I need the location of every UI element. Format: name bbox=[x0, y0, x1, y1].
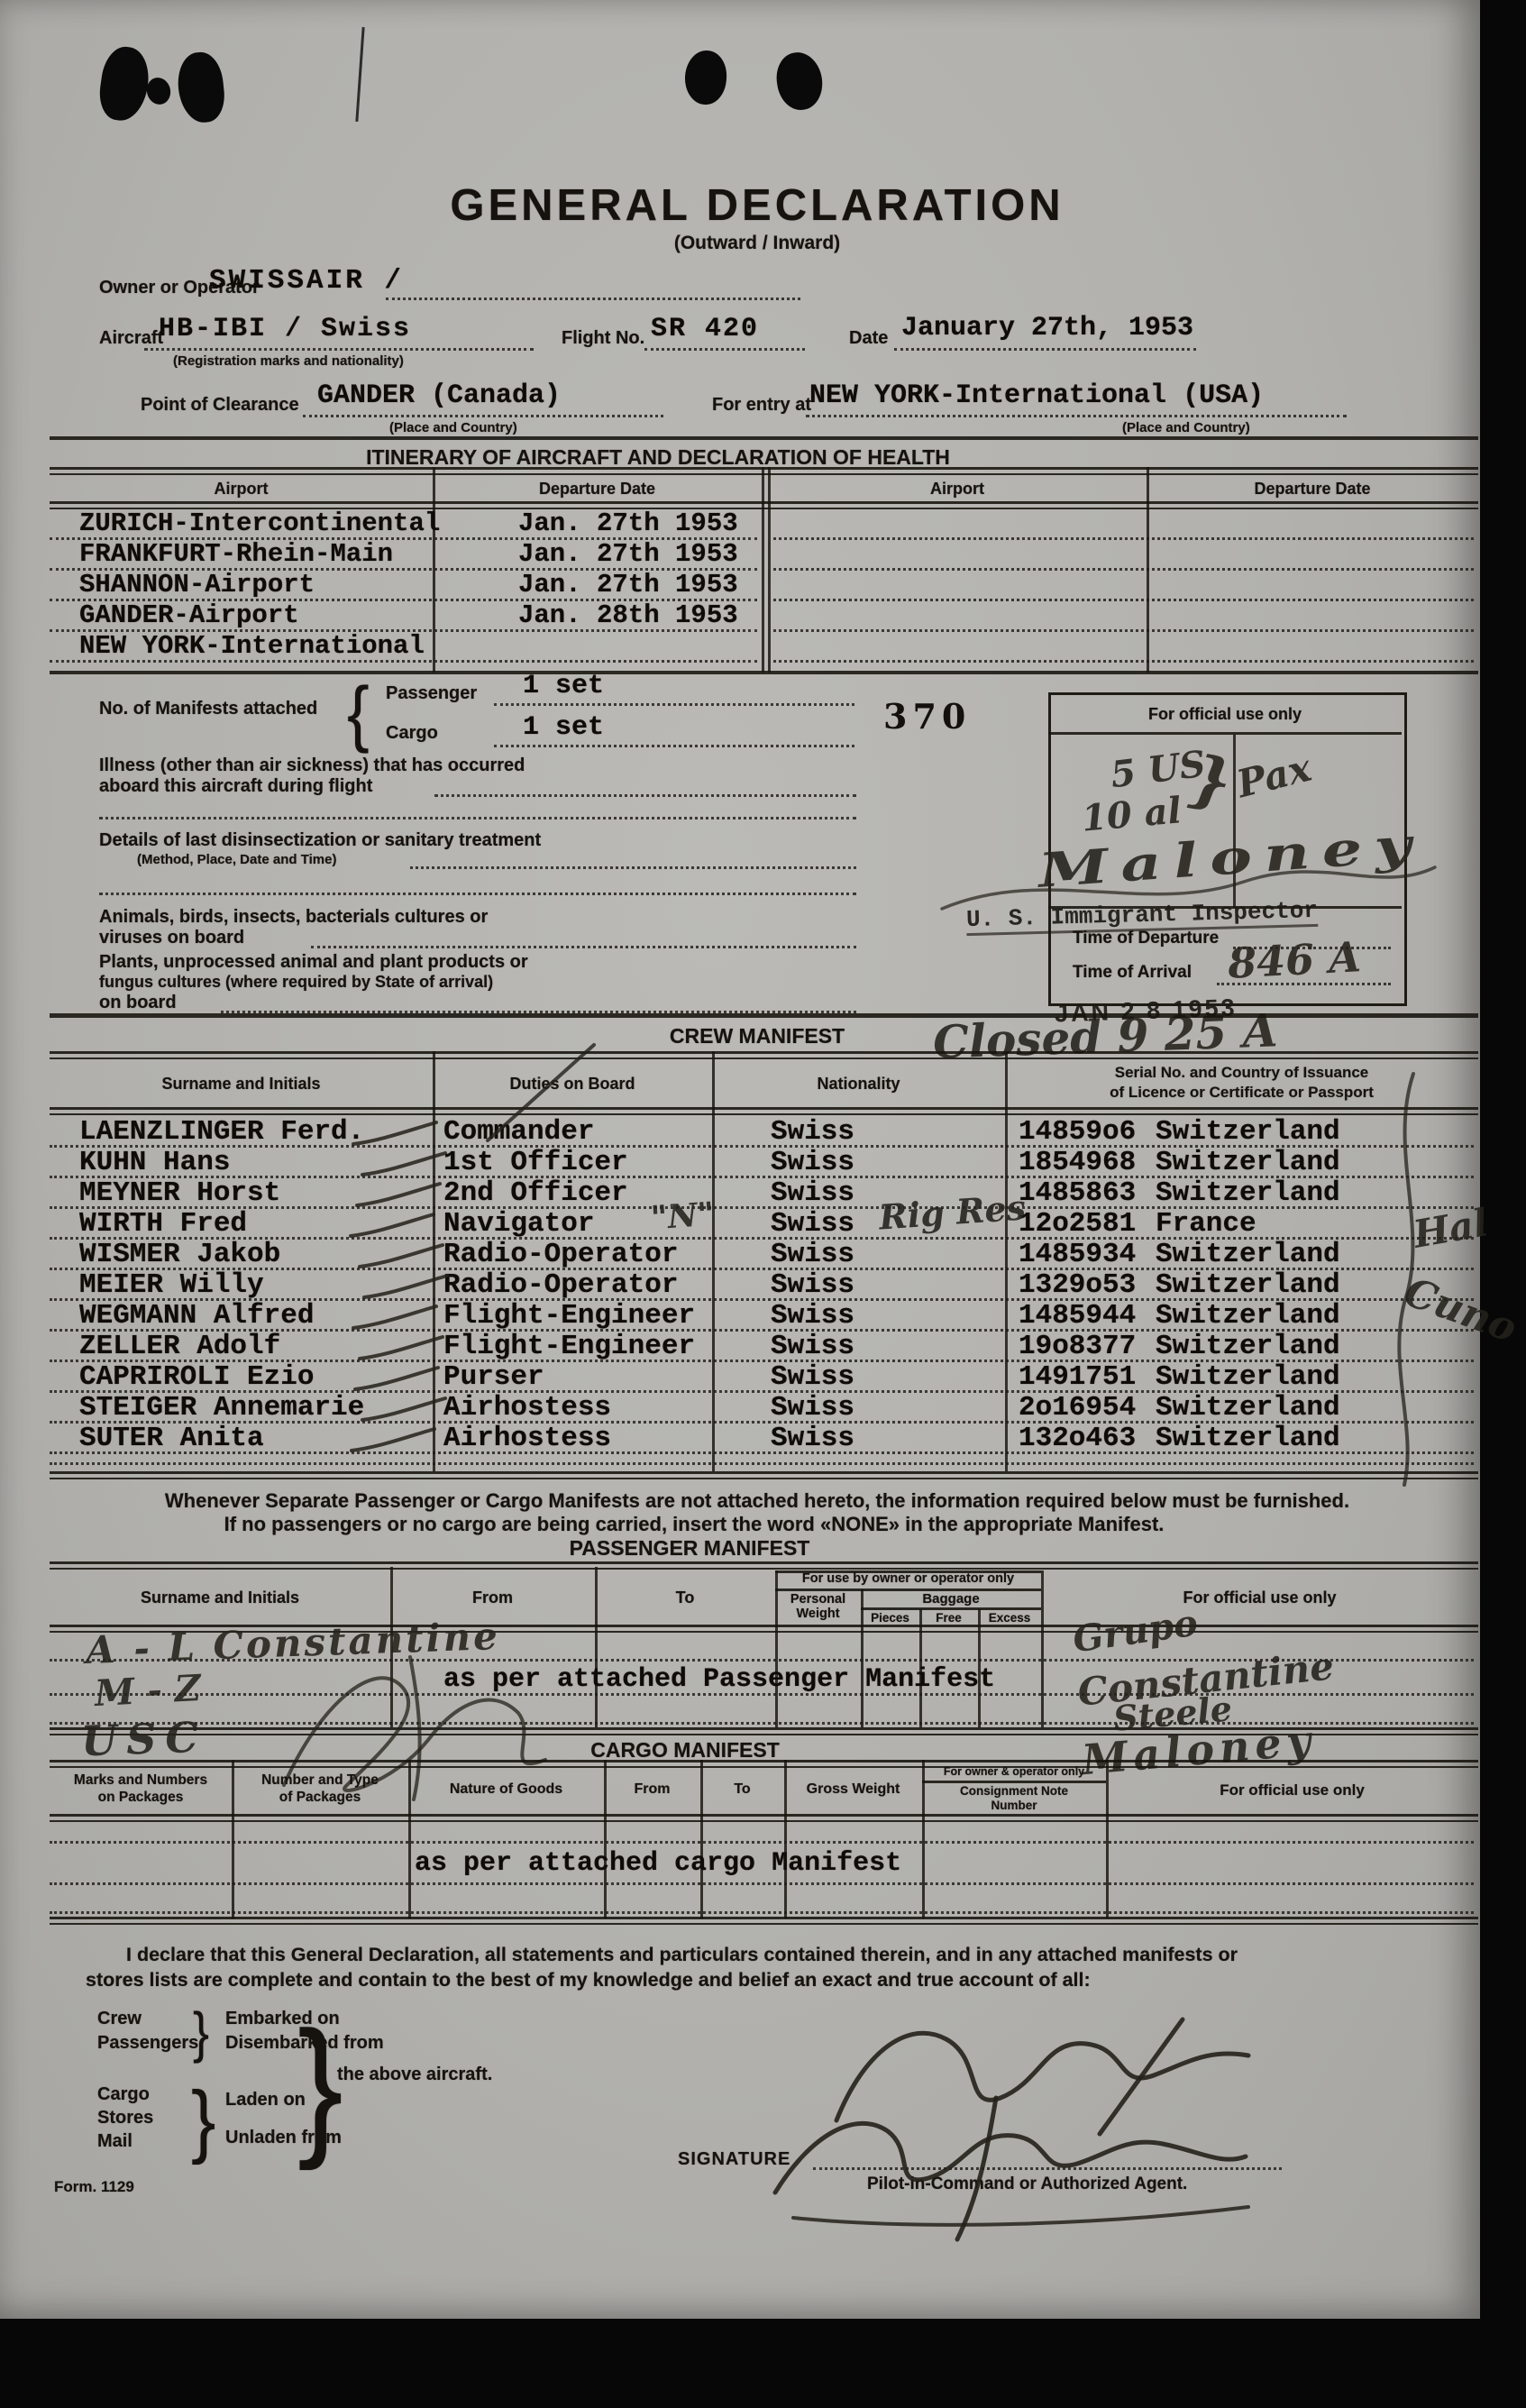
stamp-number: 370 bbox=[883, 696, 971, 737]
crew-row: LAENZLINGER Ferd. Commander Swiss 14859o… bbox=[0, 1118, 1480, 1149]
crew-country: Switzerland bbox=[1156, 1179, 1340, 1207]
column-divider bbox=[232, 1760, 234, 1918]
manifests-attached-label: No. of Manifests attached bbox=[99, 699, 317, 719]
itinerary-date: Jan. 27th 1953 bbox=[518, 541, 738, 567]
column-divider bbox=[700, 1760, 703, 1918]
crew-country: France bbox=[1156, 1210, 1256, 1238]
pax-weight-header-line2: Weight bbox=[775, 1607, 861, 1621]
rule-double bbox=[50, 1917, 1478, 1925]
cargo-nature-header: Nature of Goods bbox=[408, 1781, 604, 1798]
handwritten-navigator-n: "N" bbox=[650, 1195, 716, 1238]
animals-label-line2: viruses on board bbox=[99, 928, 244, 948]
handwritten-slash bbox=[482, 1041, 599, 1145]
dotted-line bbox=[144, 348, 534, 351]
cargo-number-header-line1: Number and Type bbox=[232, 1772, 408, 1789]
crew-country: Switzerland bbox=[1156, 1424, 1340, 1452]
crew-country: Switzerland bbox=[1156, 1118, 1340, 1146]
rule bbox=[1048, 732, 1402, 735]
crew-serial: 1491751 bbox=[1019, 1363, 1136, 1391]
crew-duty: Purser bbox=[443, 1363, 544, 1391]
scanned-document: GENERAL DECLARATION (Outward / Inward) O… bbox=[0, 0, 1526, 2408]
handwritten-tick bbox=[356, 1334, 446, 1361]
itinerary-airport: NEW YORK-International bbox=[79, 633, 425, 659]
itinerary-airport: ZURICH-Intercontinental bbox=[79, 510, 440, 536]
dotted-line bbox=[773, 599, 1474, 601]
crew-nationality: Swiss bbox=[771, 1179, 854, 1207]
crew-surname: MEYNER Horst bbox=[79, 1179, 280, 1207]
cargo-manifest-title: CARGO MANIFEST bbox=[0, 1738, 1370, 1763]
rule-double bbox=[50, 1471, 1478, 1479]
pax-official-header: For official use only bbox=[1041, 1589, 1478, 1607]
crew-country: Switzerland bbox=[1156, 1363, 1340, 1391]
crew-surname: WISMER Jakob bbox=[79, 1241, 280, 1268]
decl-aircraft-label: the above aircraft. bbox=[337, 2065, 492, 2085]
dotted-line bbox=[434, 794, 856, 797]
crew-duty: Radio-Operator bbox=[443, 1271, 678, 1299]
passenger-manifest-title: PASSENGER MANIFEST bbox=[0, 1536, 1379, 1561]
crew-country: Switzerland bbox=[1156, 1332, 1340, 1360]
time-of-arrival-label: Time of Arrival bbox=[1073, 963, 1192, 983]
decl-crew-label: Crew bbox=[97, 2009, 142, 2029]
rule-double bbox=[50, 1051, 1478, 1059]
dotted-line bbox=[50, 1911, 1474, 1914]
cargo-consignment-header-line2: Number bbox=[922, 1799, 1106, 1812]
cargo-typed-row: as per attached cargo Manifest bbox=[415, 1850, 901, 1877]
crew-surname-header: Surname and Initials bbox=[50, 1075, 433, 1094]
rule-double bbox=[50, 1107, 1478, 1115]
crew-row: STEIGER Annemarie Airhostess Swiss 2o169… bbox=[0, 1394, 1480, 1424]
itinerary-date: Jan. 27th 1953 bbox=[518, 510, 738, 536]
crew-surname: ZELLER Adolf bbox=[79, 1332, 280, 1360]
close-brace: } bbox=[297, 1998, 343, 2175]
itinerary-row: NEW YORK-International bbox=[0, 633, 1480, 664]
dotted-line bbox=[773, 660, 1474, 663]
page-subtitle: (Outward / Inward) bbox=[0, 233, 1514, 254]
dotted-line bbox=[494, 745, 854, 747]
crew-nationality: Swiss bbox=[771, 1394, 854, 1422]
itinerary-row: FRANKFURT-Rhein-Main Jan. 27th 1953 bbox=[0, 541, 1480, 572]
pax-surname-header: Surname and Initials bbox=[50, 1589, 390, 1607]
dotted-line bbox=[644, 348, 805, 351]
paper-sheet: GENERAL DECLARATION (Outward / Inward) O… bbox=[0, 0, 1480, 2319]
crew-nationality: Swiss bbox=[771, 1363, 854, 1391]
pax-free-header: Free bbox=[919, 1611, 978, 1625]
date-label: Date bbox=[849, 328, 888, 349]
aircraft-label: Aircraft bbox=[99, 328, 163, 349]
crew-duty: 2nd Officer bbox=[443, 1179, 628, 1207]
owner-value: SWISSAIR / bbox=[209, 267, 404, 295]
cargo-manifests-value: 1 set bbox=[523, 714, 604, 741]
aircraft-value: HB-IBI / Swiss bbox=[159, 316, 411, 343]
crew-serial: 14859o6 bbox=[1019, 1118, 1136, 1146]
notice-line2: If no passengers or no cargo are being c… bbox=[0, 1513, 1388, 1536]
dotted-line bbox=[773, 537, 1474, 540]
itinerary-row: GANDER-Airport Jan. 28th 1953 bbox=[0, 602, 1480, 633]
crew-manifest-title: CREW MANIFEST bbox=[0, 1024, 1514, 1048]
cargo-marks-header-line1: Marks and Numbers bbox=[50, 1772, 232, 1789]
crew-row: MEYNER Horst 2nd Officer Swiss 1485863 S… bbox=[0, 1179, 1480, 1210]
cargo-manifests-label: Cargo bbox=[386, 723, 438, 744]
handwritten-pax-range-2: M - Z bbox=[94, 1667, 202, 1715]
dotted-line bbox=[386, 298, 800, 300]
clearance-note: (Place and Country) bbox=[389, 420, 517, 435]
dotted-line bbox=[311, 946, 856, 948]
crew-serial: 1485863 bbox=[1019, 1179, 1136, 1207]
open-brace: { bbox=[347, 671, 370, 755]
disinsectization-note: (Method, Place, Date and Time) bbox=[137, 852, 336, 867]
crew-nationality: Swiss bbox=[771, 1241, 854, 1268]
declaration-line1: I declare that this General Declaration,… bbox=[126, 1944, 1238, 1966]
declaration-line2: stores lists are complete and contain to… bbox=[86, 1969, 1091, 1991]
disinsectization-label: Details of last disinsectization or sani… bbox=[99, 830, 541, 851]
crew-serial: 1329o53 bbox=[1019, 1271, 1136, 1299]
itinerary-row: ZURICH-Intercontinental Jan. 27th 1953 bbox=[0, 510, 1480, 541]
column-divider bbox=[1041, 1570, 1044, 1727]
handwritten-tick bbox=[359, 1396, 449, 1423]
crew-surname: LAENZLINGER Ferd. bbox=[79, 1118, 364, 1146]
crew-nationality: Swiss bbox=[771, 1302, 854, 1330]
crew-serial: 19o8377 bbox=[1019, 1332, 1136, 1360]
itinerary-row: SHANNON-Airport Jan. 27th 1953 bbox=[0, 572, 1480, 602]
itinerary-airport: SHANNON-Airport bbox=[79, 572, 315, 598]
rule-double bbox=[50, 1760, 1478, 1768]
crew-surname: WEGMANN Alfred bbox=[79, 1302, 314, 1330]
punch-hole bbox=[175, 50, 227, 125]
passenger-manifests-value: 1 set bbox=[523, 673, 604, 700]
plants-label-line3: on board bbox=[99, 993, 177, 1013]
decl-cargo-label: Cargo bbox=[97, 2084, 150, 2105]
dotted-line bbox=[50, 1841, 1474, 1844]
cargo-from-header: From bbox=[604, 1781, 700, 1798]
handwritten-tick bbox=[359, 1150, 449, 1177]
notice-line1: Whenever Separate Passenger or Cargo Man… bbox=[0, 1489, 1514, 1513]
handwritten-arrival-time: 846 A bbox=[1227, 932, 1362, 988]
plants-label-line1: Plants, unprocessed animal and plant pro… bbox=[99, 952, 528, 973]
punch-hole bbox=[682, 49, 728, 106]
form-number: Form. 1129 bbox=[54, 2178, 134, 2196]
cargo-official-header: For official use only bbox=[1106, 1781, 1478, 1799]
dotted-line bbox=[410, 866, 856, 869]
pax-weight-header-line1: Personal bbox=[775, 1592, 861, 1607]
animals-label-line1: Animals, birds, insects, bacterials cult… bbox=[99, 907, 488, 928]
handwritten-tick bbox=[352, 1365, 442, 1392]
crew-row: WIRTH Fred Navigator Swiss 12o2581 Franc… bbox=[0, 1210, 1480, 1241]
clearance-label: Point of Clearance bbox=[141, 395, 299, 416]
dotted-line bbox=[773, 568, 1474, 571]
crew-nationality: Swiss bbox=[771, 1424, 854, 1452]
crew-row: WISMER Jakob Radio-Operator Swiss 148593… bbox=[0, 1241, 1480, 1271]
crew-duty: Navigator bbox=[443, 1210, 594, 1238]
crew-serial: 132o463 bbox=[1019, 1424, 1136, 1452]
crew-duty: Airhostess bbox=[443, 1424, 611, 1452]
crew-country: Switzerland bbox=[1156, 1302, 1340, 1330]
punch-hole bbox=[773, 50, 826, 113]
handwritten-tick bbox=[350, 1304, 440, 1331]
flight-number-value: SR 420 bbox=[651, 316, 759, 343]
itinerary-departure-header: Departure Date bbox=[433, 480, 762, 499]
crew-surname: SUTER Anita bbox=[79, 1424, 264, 1452]
handwritten-tick bbox=[361, 1273, 451, 1300]
dotted-line bbox=[50, 1451, 1474, 1454]
crew-duty: Airhostess bbox=[443, 1394, 611, 1422]
handwritten-tick bbox=[347, 1212, 437, 1239]
itinerary-airport-header: Airport bbox=[50, 480, 433, 499]
itinerary-airport: GANDER-Airport bbox=[79, 602, 299, 628]
rule-heavy bbox=[50, 1013, 1478, 1018]
pax-from-header: From bbox=[390, 1589, 595, 1607]
crew-nationality: Swiss bbox=[771, 1271, 854, 1299]
rule bbox=[922, 1781, 1106, 1783]
itinerary-airport-header: Airport bbox=[768, 480, 1147, 499]
aircraft-note: (Registration marks and nationality) bbox=[173, 353, 404, 369]
pax-owner-use-header: For use by owner or operator only bbox=[775, 1571, 1041, 1586]
rule bbox=[775, 1570, 1041, 1573]
crew-surname: WIRTH Fred bbox=[79, 1210, 247, 1238]
crew-row: ZELLER Adolf Flight-Engineer Swiss 19o83… bbox=[0, 1332, 1480, 1363]
itinerary-airport: FRANKFURT-Rhein-Main bbox=[79, 541, 393, 567]
decl-laden-label: Laden on bbox=[225, 2090, 306, 2110]
crew-country: Switzerland bbox=[1156, 1241, 1340, 1268]
pax-excess-header: Excess bbox=[978, 1611, 1041, 1625]
dotted-line bbox=[50, 1882, 1474, 1885]
illness-label-line2: aboard this aircraft during flight bbox=[99, 776, 372, 797]
crew-nationality: Swiss bbox=[771, 1149, 854, 1177]
crew-serial: 2o16954 bbox=[1019, 1394, 1136, 1422]
crew-serial: 1485934 bbox=[1019, 1241, 1136, 1268]
date-value: January 27th, 1953 bbox=[901, 315, 1193, 342]
column-divider bbox=[408, 1760, 411, 1918]
dotted-line bbox=[99, 817, 856, 819]
crew-duty: Flight-Engineer bbox=[443, 1332, 695, 1360]
crew-serial: 12o2581 bbox=[1019, 1210, 1136, 1238]
cargo-owner-use-header: For owner & operator only bbox=[922, 1765, 1106, 1778]
crew-row: SUTER Anita Airhostess Swiss 132o463 Swi… bbox=[0, 1424, 1480, 1455]
plants-label-line2: fungus cultures (where required by State… bbox=[99, 973, 493, 992]
close-brace: } bbox=[191, 2074, 215, 2168]
crew-serial: 1485944 bbox=[1019, 1302, 1136, 1330]
decl-stores-label: Stores bbox=[97, 2108, 153, 2129]
pilot-signature bbox=[766, 2084, 1253, 2247]
column-divider bbox=[922, 1760, 925, 1918]
crew-duty: 1st Officer bbox=[443, 1149, 628, 1177]
page-title: GENERAL DECLARATION bbox=[0, 180, 1514, 231]
crew-nationality: Swiss bbox=[771, 1210, 854, 1238]
cargo-number-header-line2: of Packages bbox=[232, 1790, 408, 1806]
crew-nationality-header: Nationality bbox=[712, 1075, 1005, 1094]
column-divider bbox=[604, 1760, 607, 1918]
official-use-title: For official use only bbox=[1048, 705, 1402, 724]
crew-row: WEGMANN Alfred Flight-Engineer Swiss 148… bbox=[0, 1302, 1480, 1332]
crew-row: CAPRIROLI Ezio Purser Swiss 1491751 Swit… bbox=[0, 1363, 1480, 1394]
dotted-line bbox=[303, 415, 663, 417]
crew-country: Switzerland bbox=[1156, 1394, 1340, 1422]
scratch-mark bbox=[355, 27, 364, 122]
itinerary-departure-header: Departure Date bbox=[1147, 480, 1478, 499]
flight-number-label: Flight No. bbox=[562, 328, 644, 349]
crew-country: Switzerland bbox=[1156, 1271, 1340, 1299]
dotted-line bbox=[50, 1462, 1474, 1465]
entry-label: For entry at bbox=[712, 395, 811, 416]
crew-surname: MEIER Willy bbox=[79, 1271, 264, 1299]
dotted-line bbox=[50, 660, 757, 663]
pax-baggage-header: Baggage bbox=[861, 1591, 1041, 1607]
cargo-marks-header-line2: on Packages bbox=[50, 1790, 232, 1806]
rule bbox=[861, 1607, 1041, 1610]
dotted-line bbox=[806, 415, 1347, 417]
dotted-line bbox=[50, 1206, 1474, 1209]
crew-surname: STEIGER Annemarie bbox=[79, 1394, 364, 1422]
pax-pieces-header: Pieces bbox=[861, 1611, 919, 1625]
decl-mail-label: Mail bbox=[97, 2131, 132, 2152]
crew-row: MEIER Willy Radio-Operator Swiss 1329o53… bbox=[0, 1271, 1480, 1302]
crew-nationality: Swiss bbox=[771, 1332, 854, 1360]
cargo-to-header: To bbox=[700, 1781, 784, 1798]
rule-double bbox=[50, 1561, 1478, 1570]
column-divider bbox=[595, 1567, 598, 1727]
punch-hole bbox=[96, 44, 153, 124]
crew-serial: 1854968 bbox=[1019, 1149, 1136, 1177]
passenger-manifests-label: Passenger bbox=[386, 683, 477, 704]
handwritten-tick bbox=[353, 1181, 443, 1208]
crew-nationality: Swiss bbox=[771, 1118, 854, 1146]
entry-value: NEW YORK-International (USA) bbox=[809, 382, 1264, 409]
crew-row: KUHN Hans 1st Officer Swiss 1854968 Swit… bbox=[0, 1149, 1480, 1179]
crew-surname: CAPRIROLI Ezio bbox=[79, 1363, 314, 1391]
decl-passengers-label: Passengers bbox=[97, 2033, 198, 2054]
column-divider bbox=[775, 1570, 778, 1727]
pax-to-header: To bbox=[595, 1589, 775, 1607]
cargo-consignment-header-line1: Consignment Note bbox=[922, 1784, 1106, 1798]
dotted-line bbox=[773, 629, 1474, 632]
itinerary-title: ITINERARY OF AIRCRAFT AND DECLARATION OF… bbox=[0, 445, 1316, 470]
illness-label-line1: Illness (other than air sickness) that h… bbox=[99, 755, 525, 776]
itinerary-date: Jan. 27th 1953 bbox=[518, 572, 738, 598]
entry-note: (Place and Country) bbox=[1122, 420, 1250, 435]
column-divider bbox=[1106, 1760, 1109, 1918]
cargo-weight-header: Gross Weight bbox=[784, 1781, 922, 1798]
handwritten-tick bbox=[356, 1242, 446, 1269]
clearance-value: GANDER (Canada) bbox=[317, 382, 561, 409]
rule-heavy bbox=[50, 436, 1478, 440]
crew-country: Switzerland bbox=[1156, 1149, 1340, 1177]
close-brace: } bbox=[193, 2001, 209, 2065]
rule-double bbox=[50, 1814, 1478, 1822]
crew-duty: Flight-Engineer bbox=[443, 1302, 695, 1330]
crew-surname: KUHN Hans bbox=[79, 1149, 230, 1177]
rule-heavy bbox=[50, 671, 1478, 674]
crew-duty: Radio-Operator bbox=[443, 1241, 678, 1268]
dotted-line bbox=[894, 348, 1196, 351]
handwritten-official-note: Grupo bbox=[1070, 1602, 1200, 1662]
itinerary-date: Jan. 28th 1953 bbox=[518, 602, 738, 628]
dotted-line bbox=[494, 703, 854, 706]
handwritten-tick bbox=[350, 1120, 440, 1147]
dotted-line bbox=[99, 893, 856, 895]
handwritten-tick bbox=[348, 1426, 438, 1453]
column-divider bbox=[784, 1760, 787, 1918]
